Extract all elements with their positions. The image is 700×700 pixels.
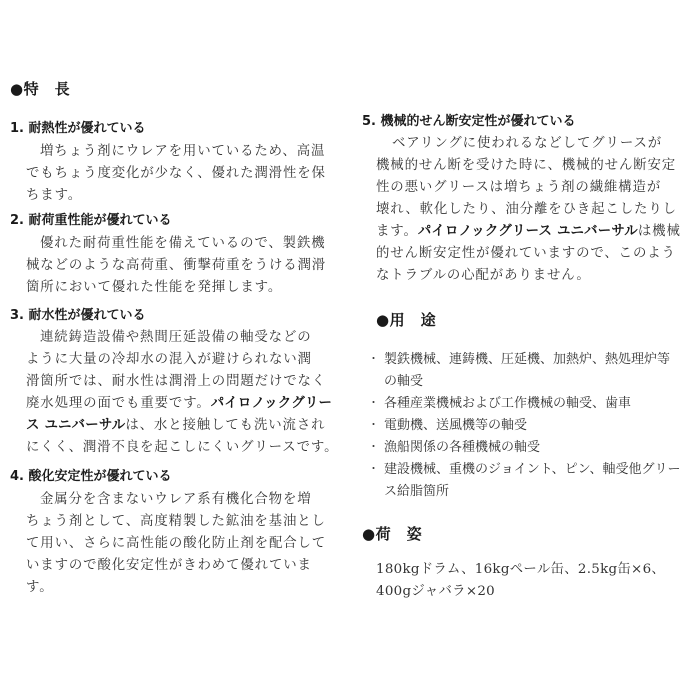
bullet-icon: ・ [368,350,379,366]
feature-4-text: す。 [26,576,54,595]
feature-5-text: ます。パイロノックグリース ユニバーサルは機械 [376,220,681,239]
feature-1-text: でもちょう度変化が少なく、優れた潤滑性を保 [26,162,326,181]
bullet-icon: ・ [368,438,379,454]
feature-3-title: 3. 耐水性が優れている [10,304,146,323]
product-name: パイロノックグリース ユニバーサル [418,224,638,239]
feature-5-text-segment: は機械 [638,224,681,239]
bullet-icon: ・ [368,460,379,476]
feature-5-title: 5. 機械的せん断安定性が優れている [362,110,576,129]
feature-3-text: ス ユニバーサルは、水と接触しても洗い流され [26,414,325,433]
feature-2-text: 箇所において優れた性能を発揮します。 [26,276,282,295]
application-item: 電動機、送風機等の軸受 [384,414,527,433]
feature-3-text: 廃水処理の面でも重要です。パイロノックグリー [26,392,332,411]
bullet-icon: ・ [368,416,379,432]
feature-3-text: 滑箇所では、耐水性は潤滑上の問題だけでなく [26,370,326,389]
features-heading: ●特 長 [10,78,70,99]
feature-1-text: ちます。 [26,184,82,203]
feature-4-text: 金属分を含まないウレア系有機化合物を増 [40,488,312,507]
feature-5-text: ベアリングに使われるなどしてグリースが [392,132,662,151]
feature-1-text: 増ちょう剤にウレアを用いているため、高温 [40,140,325,159]
application-item: ス給脂箇所 [384,480,449,499]
application-item: の軸受 [384,370,423,389]
feature-3-text-segment: 廃水処理の面でも重要です。 [26,396,211,411]
feature-3-text: ように大量の冷却水の混入が避けられない潤 [26,348,312,367]
feature-5-text: 機械的せん断を受けた時に、機械的せん断安定 [376,154,676,173]
feature-5-text-segment: ます。 [376,224,418,239]
feature-5-text: 壊れ、軟化したり、油分離をひき起こしたりし [376,198,677,217]
application-item: 製鉄機械、連鋳機、圧延機、加熱炉、熱処理炉等 [384,348,670,367]
feature-2-text: 械などのような高荷重、衝撃荷重をうける潤滑 [26,254,326,273]
feature-1-title: 1. 耐熱性が優れている [10,117,146,136]
feature-3-text: 連続鋳造設備や熱間圧延設備の軸受などの [40,326,312,345]
feature-3-text: にくく、潤滑不良を起こしにくいグリースです。 [26,436,338,455]
feature-5-text: 的せん断安定性が優れていますので、このよう [376,242,676,261]
applications-heading: ●用 途 [376,309,436,330]
feature-5-text: なトラブルの心配がありません。 [376,264,591,283]
feature-4-title: 4. 酸化安定性が優れている [10,465,172,484]
application-item: 建設機械、重機のジョイント、ピン、軸受他グリー [384,458,681,477]
feature-2-title: 2. 耐荷重性能が優れている [10,209,172,228]
packaging-heading: ●荷 姿 [362,523,422,544]
product-name: パイロノックグリー [211,396,332,411]
bullet-icon: ・ [368,394,379,410]
feature-4-text: て用い、さらに高性能の酸化防止剤を配合して [26,532,326,551]
feature-4-text: いますので酸化安定性がきわめて優れていま [26,554,312,573]
packaging-text: 180kgドラム、16kgペール缶、2.5kg缶×6、 [376,558,665,577]
application-item: 各種産業機械および工作機械の軸受、歯車 [384,392,631,411]
feature-3-text-segment: は、水と接触しても洗い流され [125,418,325,433]
packaging-text: 400gジャバラ×20 [376,580,495,599]
feature-2-text: 優れた耐荷重性能を備えているので、製鉄機 [40,232,326,251]
feature-5-text: 性の悪いグリースは増ちょう剤の繊維構造が [376,176,661,195]
application-item: 漁船関係の各種機械の軸受 [384,436,540,455]
product-name: ス ユニバーサル [26,418,125,433]
feature-4-text: ちょう剤として、高度精製した鉱油を基油とし [26,510,326,529]
